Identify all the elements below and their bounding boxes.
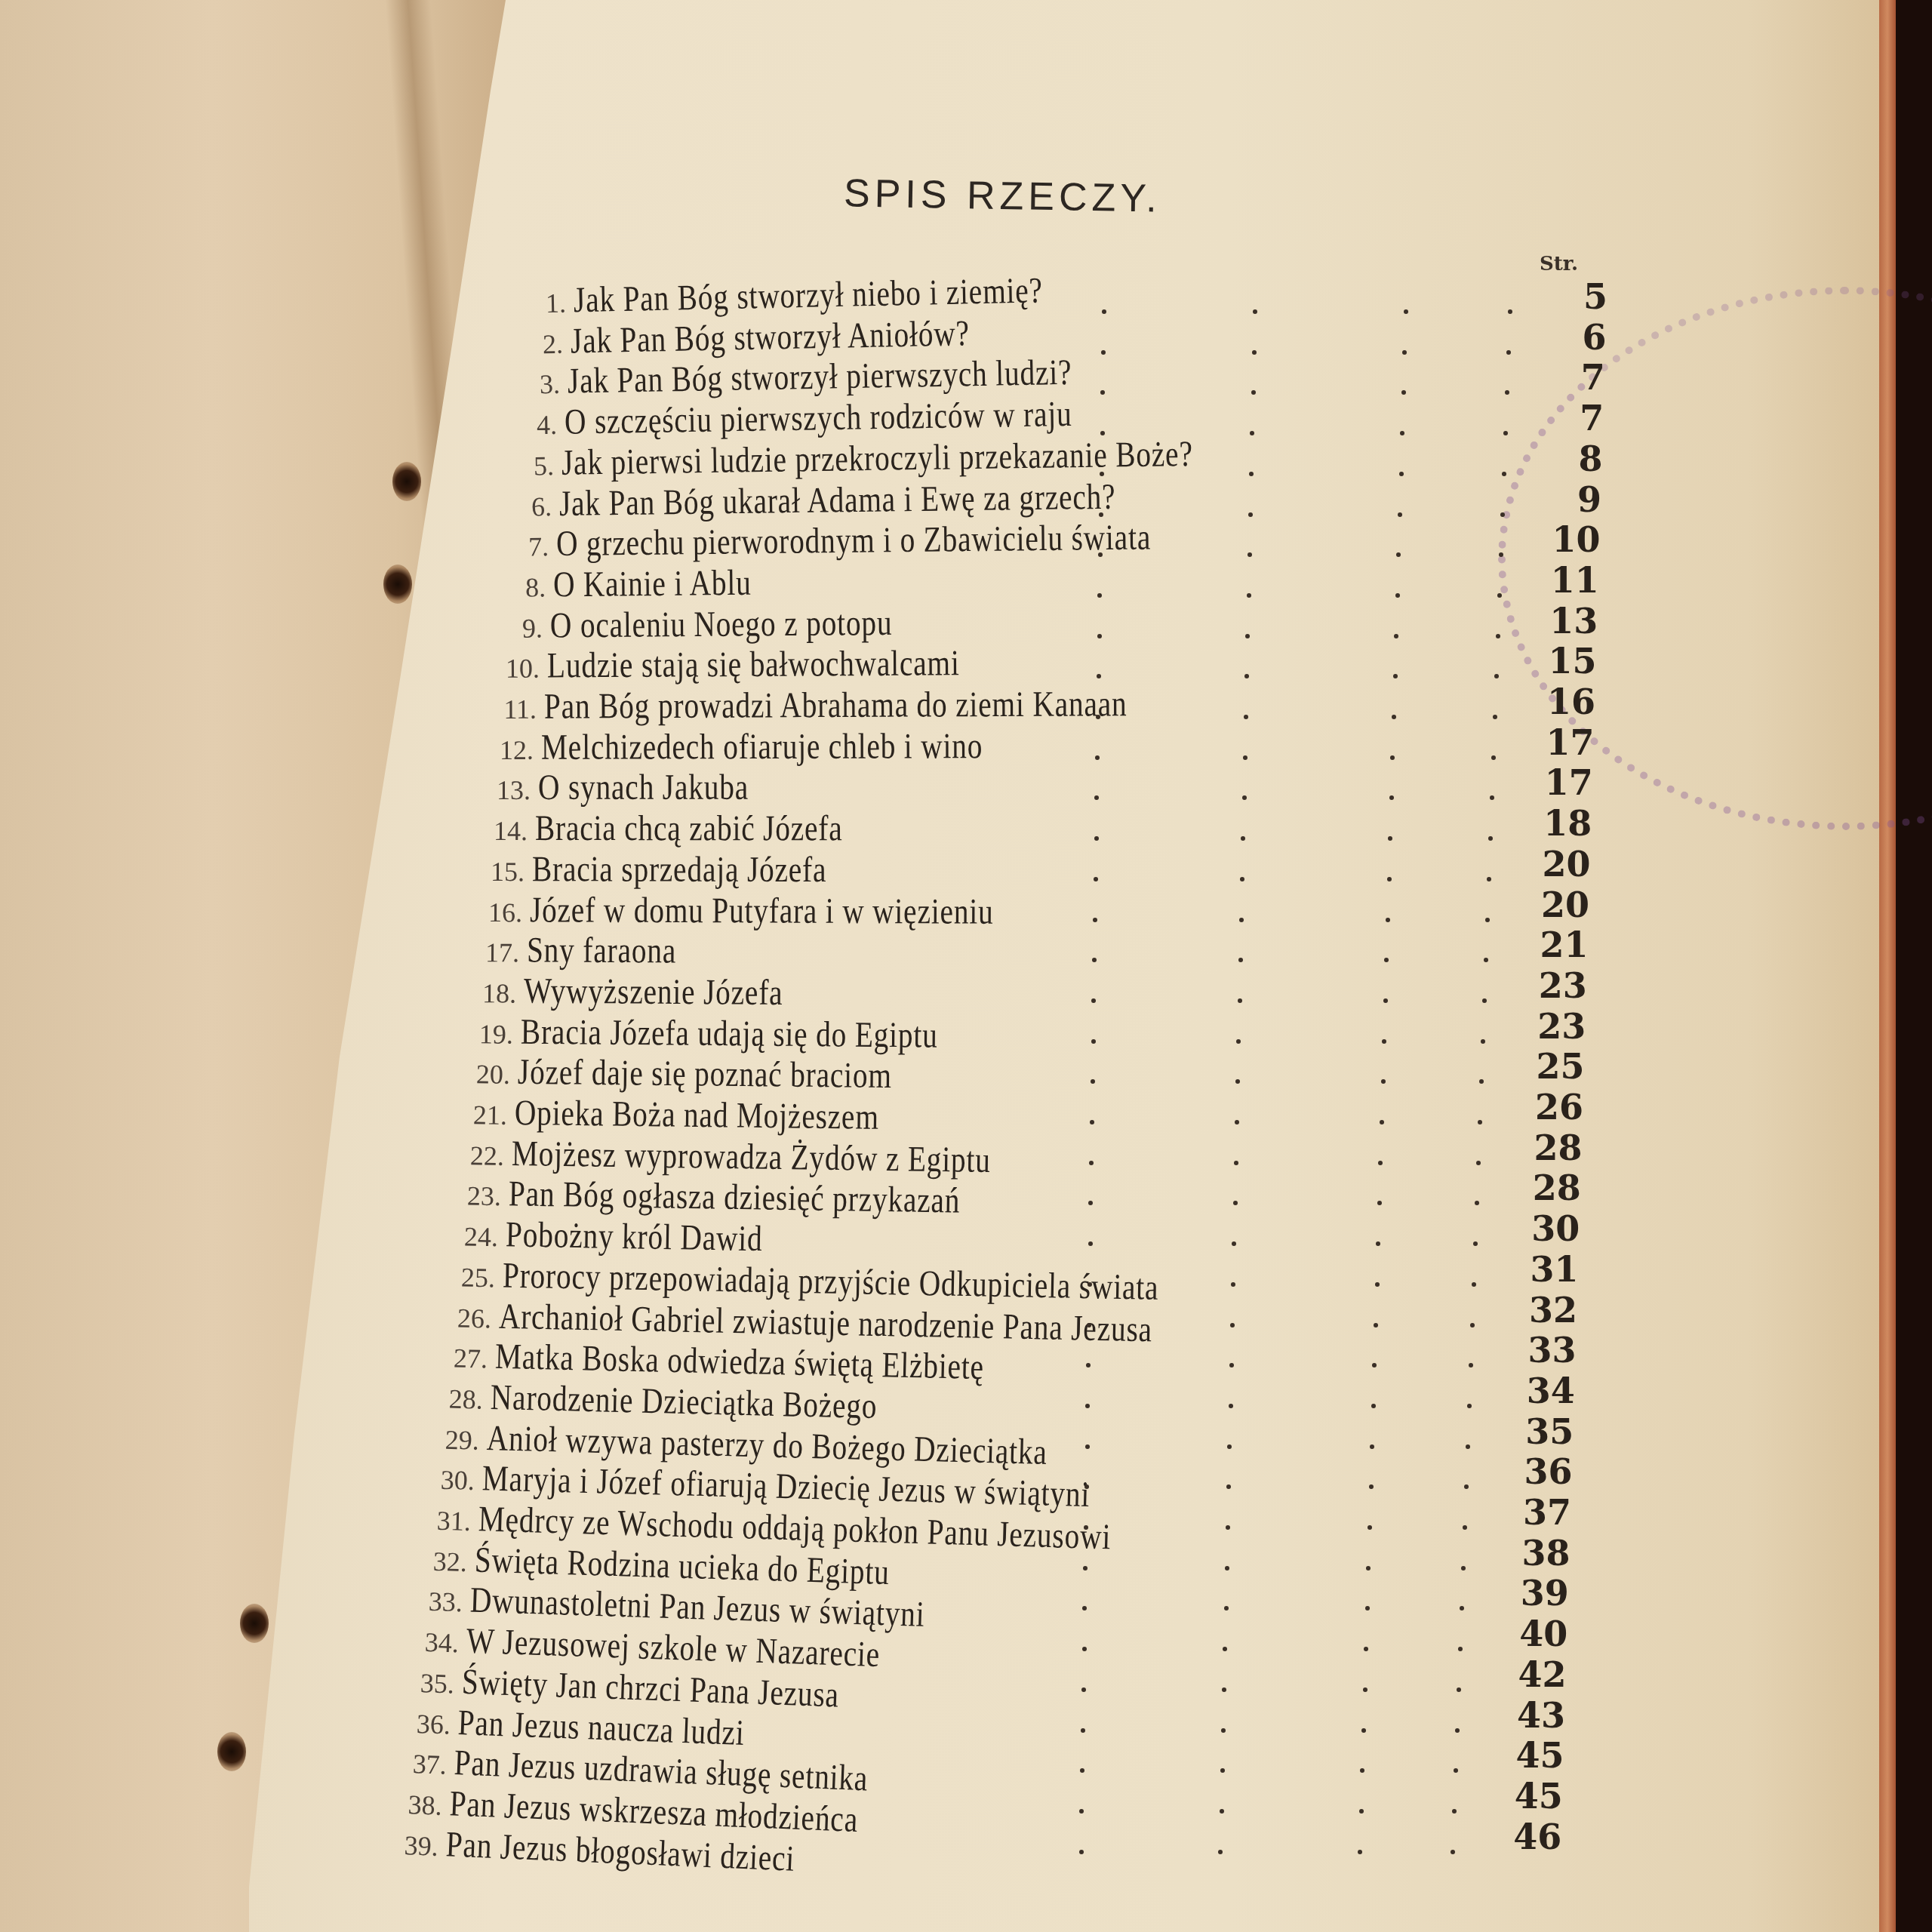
toc-entry-number: 28. xyxy=(430,1383,491,1416)
toc-entry-page-number: 40 xyxy=(1500,1614,1567,1654)
toc-entry-page-number: 15 xyxy=(1529,641,1597,681)
leader-dot xyxy=(1491,755,1496,760)
toc-entry-page-number: 26 xyxy=(1515,1087,1583,1128)
toc-entry-title: O grzechu pierworodnym i o Zbawicielu św… xyxy=(555,517,1151,565)
leader-dot xyxy=(1235,1079,1240,1084)
toc-entry-page-number: 45 xyxy=(1495,1776,1563,1817)
leader-dot xyxy=(1484,958,1488,962)
leader-dot xyxy=(1093,918,1097,922)
toc-entry-number: 2. xyxy=(510,328,571,361)
leader-dot xyxy=(1466,1444,1470,1449)
leader-dot xyxy=(1460,1606,1464,1611)
toc-entry-page-number: 42 xyxy=(1499,1654,1567,1695)
toc-entry-number: 17. xyxy=(466,937,526,968)
leader-dot xyxy=(1244,715,1248,719)
toc-entry: 9.O ocaleniu Noego z potopu xyxy=(490,601,968,647)
leader-dot xyxy=(1083,1566,1088,1571)
leader-dot xyxy=(1454,1768,1458,1773)
toc-entry-number: 7. xyxy=(495,531,555,563)
leader-dot xyxy=(1097,674,1101,678)
toc-entry: 11.Pan Bóg prowadzi Abrahama do ziemi Ka… xyxy=(484,683,1255,728)
leader-dot xyxy=(1081,1728,1085,1733)
toc-entry-page-number: 13 xyxy=(1530,601,1598,641)
leader-dot xyxy=(1249,472,1254,476)
toc-entry-page-number: 34 xyxy=(1507,1371,1575,1411)
toc-entry-number: 20. xyxy=(457,1058,518,1091)
leader-dot xyxy=(1371,1404,1376,1408)
leader-dot xyxy=(1463,1525,1467,1530)
leader-dot xyxy=(1503,431,1508,435)
leader-dot xyxy=(1094,877,1098,881)
leader-dot xyxy=(1235,1120,1239,1124)
leader-dot xyxy=(1475,1201,1479,1205)
leader-dot xyxy=(1370,1444,1374,1449)
leader-dot xyxy=(1386,918,1390,922)
toc-entry-page-number: 30 xyxy=(1512,1208,1580,1249)
leader-dot xyxy=(1457,1687,1461,1692)
leader-dot xyxy=(1088,1241,1093,1246)
toc-entry: 17.Sny faraona xyxy=(466,929,709,972)
toc-entry-title: Jak Pan Bóg ukarał Adama i Ewę za grzech… xyxy=(558,475,1115,524)
leader-dot xyxy=(1091,1079,1095,1084)
leader-dot xyxy=(1247,552,1252,557)
toc-entry-number: 34. xyxy=(405,1626,466,1660)
leader-dot xyxy=(1365,1606,1370,1611)
leader-dot xyxy=(1404,309,1408,314)
leader-dot xyxy=(1224,1606,1229,1611)
leader-dot xyxy=(1363,1687,1367,1692)
table-of-contents: 1.Jak Pan Bóg stworzył niebo i ziemię?52… xyxy=(0,0,1932,1932)
toc-entry-page-number: 31 xyxy=(1511,1249,1579,1290)
leader-dot xyxy=(1392,715,1396,719)
leader-dot xyxy=(1401,390,1406,395)
leader-dot xyxy=(1247,593,1251,598)
toc-entry-page-number: 6 xyxy=(1538,317,1606,358)
toc-entry-title: Bracia sprzedają Józefa xyxy=(532,848,826,891)
leader-dot xyxy=(1218,1850,1223,1854)
leader-dot xyxy=(1087,1323,1091,1327)
toc-entry: 19.Bracia Józefa udają się do Egiptu xyxy=(460,1011,1030,1057)
leader-dot xyxy=(1398,512,1402,517)
leader-dot xyxy=(1506,350,1511,355)
toc-entry-page-number: 18 xyxy=(1524,803,1592,844)
toc-entry-page-number: 35 xyxy=(1506,1411,1574,1452)
leader-dot xyxy=(1229,1363,1234,1367)
toc-entry-number: 14. xyxy=(475,815,535,847)
leader-dot xyxy=(1236,1039,1241,1044)
leader-dot xyxy=(1469,1363,1473,1367)
leader-dot xyxy=(1367,1525,1372,1530)
toc-entry-title: Ludzie stają się bałwochwalcami xyxy=(547,643,960,687)
leader-dot xyxy=(1245,634,1250,638)
toc-entry-number: 16. xyxy=(469,897,529,928)
leader-dot xyxy=(1079,1809,1084,1814)
leader-dot xyxy=(1482,998,1487,1003)
leader-dot xyxy=(1082,1606,1087,1611)
toc-entry-number: 30. xyxy=(422,1463,483,1497)
toc-entry-number: 35. xyxy=(401,1666,463,1700)
leader-dot xyxy=(1464,1484,1469,1489)
toc-entry-title: Melchizedech ofiaruje chleb i wino xyxy=(541,725,983,768)
toc-entry-page-number: 38 xyxy=(1502,1533,1570,1574)
leader-dot xyxy=(1251,390,1256,395)
leader-dot xyxy=(1458,1647,1463,1651)
leader-dot xyxy=(1223,1647,1227,1651)
leader-dot xyxy=(1095,755,1100,760)
leader-dot xyxy=(1472,1282,1476,1287)
leader-dot xyxy=(1097,634,1102,638)
leader-dot xyxy=(1473,1241,1478,1246)
leader-dot xyxy=(1090,1120,1094,1124)
leader-dot xyxy=(1360,1768,1364,1773)
leader-dot xyxy=(1081,1687,1086,1692)
toc-entry: 24.Pobożny król Dawid xyxy=(445,1213,820,1261)
leader-dot xyxy=(1499,552,1503,557)
toc-entry-number: 33. xyxy=(409,1585,470,1619)
toc-entry-page-number: 20 xyxy=(1521,884,1589,925)
leader-dot xyxy=(1451,1850,1455,1854)
leader-dot xyxy=(1234,1161,1238,1165)
leader-dot xyxy=(1493,715,1497,719)
leader-dot xyxy=(1496,634,1500,638)
toc-entry-number: 23. xyxy=(448,1180,509,1212)
leader-dot xyxy=(1244,674,1249,678)
toc-entry-number: 4. xyxy=(504,409,565,441)
toc-entry-page-number: 7 xyxy=(1536,398,1604,438)
leader-dot xyxy=(1225,1566,1229,1571)
leader-dot xyxy=(1227,1444,1232,1449)
leader-dot xyxy=(1097,593,1102,598)
leader-dot xyxy=(1369,1484,1374,1489)
toc-entry: 7.O grzechu pierworodnym i o Zbawicielu … xyxy=(495,515,1281,565)
toc-entry: 13.O synach Jakuba xyxy=(478,767,795,808)
leader-dot xyxy=(1461,1566,1466,1571)
leader-dot xyxy=(1388,836,1392,841)
leader-dot xyxy=(1364,1647,1368,1651)
toc-entry-page-number: 33 xyxy=(1508,1330,1576,1371)
leader-dot xyxy=(1102,309,1106,314)
toc-entry-number: 6. xyxy=(498,490,559,522)
leader-dot xyxy=(1381,1079,1386,1084)
toc-entry-page-number: 43 xyxy=(1497,1695,1565,1736)
toc-entry-title: Pan Bóg prowadzi Abrahama do ziemi Kanaa… xyxy=(544,683,1128,727)
leader-dot xyxy=(1470,1323,1475,1327)
leader-dot xyxy=(1092,958,1097,962)
toc-entry-page-number: 32 xyxy=(1509,1290,1577,1331)
toc-entry-number: 21. xyxy=(454,1099,515,1131)
leader-dot xyxy=(1232,1241,1236,1246)
toc-entry-title: Wywyższenie Józefa xyxy=(523,970,783,1013)
toc-entry-number: 36. xyxy=(397,1707,459,1741)
toc-entry-number: 19. xyxy=(460,1018,521,1051)
toc-entry: 21.Opieka Boża nad Mojżeszem xyxy=(454,1091,959,1139)
toc-entry-number: 31. xyxy=(417,1504,478,1537)
toc-entry-number: 5. xyxy=(501,450,562,482)
toc-entry-page-number: 9 xyxy=(1534,479,1601,520)
toc-entry-number: 24. xyxy=(445,1220,506,1253)
leader-dot xyxy=(1233,1201,1238,1205)
leader-dot xyxy=(1082,1647,1087,1651)
toc-entry-number: 11. xyxy=(484,694,544,725)
leader-dot xyxy=(1402,350,1407,355)
leader-dot xyxy=(1497,593,1502,598)
toc-entry-number: 9. xyxy=(490,612,550,645)
leader-dot xyxy=(1238,998,1242,1003)
toc-entry-page-number: 28 xyxy=(1514,1128,1582,1168)
toc-entry: 8.O Kainie i Ablu xyxy=(492,561,795,606)
leader-dot xyxy=(1361,1728,1366,1733)
leader-dot xyxy=(1476,1161,1481,1165)
leader-dot xyxy=(1390,755,1395,760)
toc-entry-page-number: 21 xyxy=(1520,924,1588,965)
toc-entry-number: 13. xyxy=(478,774,538,806)
leader-dot xyxy=(1238,958,1243,962)
toc-entry-title: Bracia chcą zabić Józefa xyxy=(535,808,843,849)
toc-entry: 18.Wywyższenie Józefa xyxy=(463,970,839,1014)
leader-dot xyxy=(1502,472,1506,476)
leader-dot xyxy=(1099,512,1103,517)
leader-dot xyxy=(1089,1161,1094,1165)
leader-dot xyxy=(1508,309,1512,314)
leader-dot xyxy=(1374,1323,1378,1327)
toc-entry-number: 10. xyxy=(487,653,547,685)
leader-dot xyxy=(1241,836,1245,841)
leader-dot xyxy=(1452,1809,1457,1814)
leader-dot xyxy=(1366,1566,1371,1571)
leader-dot xyxy=(1094,795,1099,800)
toc-entry-number: 38. xyxy=(389,1788,451,1822)
toc-entry-number: 26. xyxy=(438,1302,499,1335)
toc-entry-number: 3. xyxy=(507,368,568,401)
leader-dot xyxy=(1376,1241,1380,1246)
toc-entry-page-number: 11 xyxy=(1531,560,1599,601)
leader-dot xyxy=(1382,1039,1386,1044)
toc-entry-page-number: 23 xyxy=(1519,965,1587,1006)
toc-entry-page-number: 5 xyxy=(1540,276,1607,317)
toc-entry-number: 8. xyxy=(493,571,553,604)
toc-entry-title: Opieka Boża nad Mojżeszem xyxy=(515,1092,879,1138)
toc-entry-page-number: 10 xyxy=(1532,519,1600,560)
toc-entry-title: O Kainie i Ablu xyxy=(552,562,751,605)
leader-dot xyxy=(1088,1282,1092,1287)
leader-dot xyxy=(1485,918,1490,922)
leader-dot xyxy=(1226,1484,1231,1489)
toc-entry: 12.Melchizedech ofiaruje chleb i wino xyxy=(481,725,1080,768)
toc-entry-number: 27. xyxy=(434,1342,495,1375)
leader-dot xyxy=(1478,1120,1482,1124)
toc-entry-page-number: 46 xyxy=(1494,1817,1561,1857)
toc-entry-page-number: 8 xyxy=(1535,438,1603,479)
toc-entry-page-number: 17 xyxy=(1525,762,1593,803)
leader-dot xyxy=(1240,877,1244,881)
toc-entry: 15.Bracia sprzedają Józefa xyxy=(472,848,891,891)
leader-dot xyxy=(1372,1363,1377,1367)
toc-entry: 10.Ludzie stają się bałwochwalcami xyxy=(487,642,1051,687)
leader-dot xyxy=(1467,1404,1472,1408)
leader-dot xyxy=(1375,1282,1380,1287)
toc-entry-page-number: 7 xyxy=(1537,357,1605,398)
leader-dot xyxy=(1222,1687,1226,1692)
leader-dot xyxy=(1396,552,1401,557)
leader-dot xyxy=(1220,1768,1225,1773)
toc-entry-number: 1. xyxy=(513,287,574,320)
toc-entry: 16.Józef w domu Putyfara i w więzieniu xyxy=(469,889,1095,933)
leader-dot xyxy=(1400,431,1404,435)
leader-dot xyxy=(1079,1850,1084,1854)
leader-dot xyxy=(1394,634,1398,638)
toc-entry-page-number: 37 xyxy=(1503,1492,1571,1533)
toc-entry-page-number: 23 xyxy=(1518,1006,1586,1047)
leader-dot xyxy=(1378,1161,1383,1165)
toc-entry-page-number: 20 xyxy=(1523,844,1591,884)
leader-dot xyxy=(1229,1404,1233,1408)
leader-dot xyxy=(1230,1323,1235,1327)
toc-entry-number: 39. xyxy=(385,1829,447,1863)
toc-entry-page-number: 39 xyxy=(1501,1573,1569,1614)
toc-entry-page-number: 45 xyxy=(1496,1735,1564,1776)
leader-dot xyxy=(1377,1201,1382,1205)
leader-dot xyxy=(1094,836,1099,841)
leader-dot xyxy=(1080,1768,1084,1773)
leader-dot xyxy=(1393,674,1398,678)
leader-dot xyxy=(1226,1525,1230,1530)
leader-dot xyxy=(1505,390,1509,395)
toc-entry-number: 37. xyxy=(393,1747,455,1781)
toc-entry-number: 25. xyxy=(442,1261,503,1294)
leader-dot xyxy=(1479,1079,1484,1084)
leader-dot xyxy=(1252,350,1257,355)
leader-dot xyxy=(1488,836,1493,841)
leader-dot xyxy=(1096,715,1100,719)
leader-dot xyxy=(1399,472,1404,476)
leader-dot xyxy=(1088,1201,1093,1205)
leader-dot xyxy=(1239,918,1244,922)
toc-entry-title: Bracia Józefa udają się do Egiptu xyxy=(521,1011,938,1056)
toc-entry-page-number: 16 xyxy=(1527,681,1595,722)
leader-dot xyxy=(1359,1809,1364,1814)
leader-dot xyxy=(1358,1850,1362,1854)
toc-entry-number: 15. xyxy=(472,856,532,888)
toc-entry-title: Józef w domu Putyfara i w więzieniu xyxy=(529,889,993,932)
leader-dot xyxy=(1084,1525,1088,1530)
toc-entry: 20.Józef daje się poznać braciom xyxy=(457,1051,974,1097)
toc-entry-title: Sny faraona xyxy=(526,930,675,972)
toc-entry-title: Pobożny król Dawid xyxy=(506,1214,763,1260)
leader-dot xyxy=(1490,795,1494,800)
leader-dot xyxy=(1091,1039,1096,1044)
leader-dot xyxy=(1242,795,1247,800)
leader-dot xyxy=(1091,998,1096,1003)
toc-entry-number: 22. xyxy=(451,1140,512,1172)
toc-entry-page-number: 36 xyxy=(1505,1451,1573,1492)
toc-entry-number: 29. xyxy=(426,1423,487,1457)
toc-entry-number: 18. xyxy=(463,977,524,1010)
leader-dot xyxy=(1395,593,1400,598)
leader-dot xyxy=(1455,1728,1460,1733)
toc-entry-title: Józef daje się poznać braciom xyxy=(518,1051,892,1097)
leader-dot xyxy=(1253,309,1257,314)
toc-entry-number: 12. xyxy=(481,734,541,765)
toc-entry-page-number: 28 xyxy=(1513,1168,1581,1208)
leader-dot xyxy=(1384,958,1389,962)
toc-entry-title: O synach Jakuba xyxy=(538,767,749,808)
leader-dot xyxy=(1389,795,1394,800)
leader-dot xyxy=(1500,512,1505,517)
leader-dot xyxy=(1243,755,1247,760)
leader-dot xyxy=(1387,877,1392,881)
toc-entry-number: 32. xyxy=(414,1545,475,1578)
leader-dot xyxy=(1494,674,1499,678)
leader-dot xyxy=(1487,877,1491,881)
toc-entry: 14.Bracia chcą zabić Józefa xyxy=(475,808,910,849)
leader-dot xyxy=(1481,1039,1485,1044)
toc-entry-page-number: 25 xyxy=(1517,1046,1585,1087)
leader-dot xyxy=(1085,1444,1090,1449)
leader-dot xyxy=(1231,1282,1235,1287)
toc-entry-title: O ocaleniu Noego z potopu xyxy=(550,601,893,645)
leader-dot xyxy=(1383,998,1388,1003)
leader-dot xyxy=(1380,1120,1384,1124)
toc-entry-page-number: 17 xyxy=(1526,722,1594,763)
leader-dot xyxy=(1085,1404,1090,1408)
leader-dot xyxy=(1221,1728,1226,1733)
leader-dot xyxy=(1220,1809,1224,1814)
